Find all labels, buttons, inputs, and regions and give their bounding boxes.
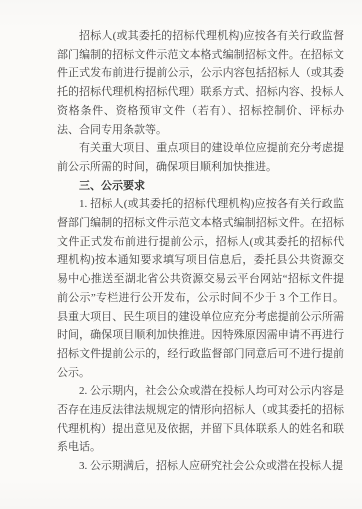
paragraph-item-2: 2. 公示期内，社会公众或潜在投标人均可对公示内容是否存在违反法律法规规定的情形… [57,382,344,457]
paragraph-announcement-content: 招标人(或其委托的招标代理机构)应按各有关行政监督部门编制的招标文件示范文本格式… [57,27,344,139]
document-text-block: 招标人(或其委托的招标代理机构)应按各有关行政监督部门编制的招标文件示范文本格式… [57,27,344,476]
paragraph-major-projects-note: 有关重大项目、重点项目的建设单位应提前充分考虑提前公示所需的时间，确保项目顺利加… [57,139,344,176]
paragraph-item-3-partial: 3. 公示期满后，招标人应研究社会公众或潜在投标人提 [57,457,344,476]
scanned-document-page: 招标人(或其委托的招标代理机构)应按各有关行政监督部门编制的招标文件示范文本格式… [0,0,362,509]
section-heading-publicity-requirements: 三、公示要求 [57,177,344,196]
paragraph-item-1: 1. 招标人(或其委托的招标代理机构)应按各有关行政监督部门编制的招标文件示范文… [57,195,344,382]
